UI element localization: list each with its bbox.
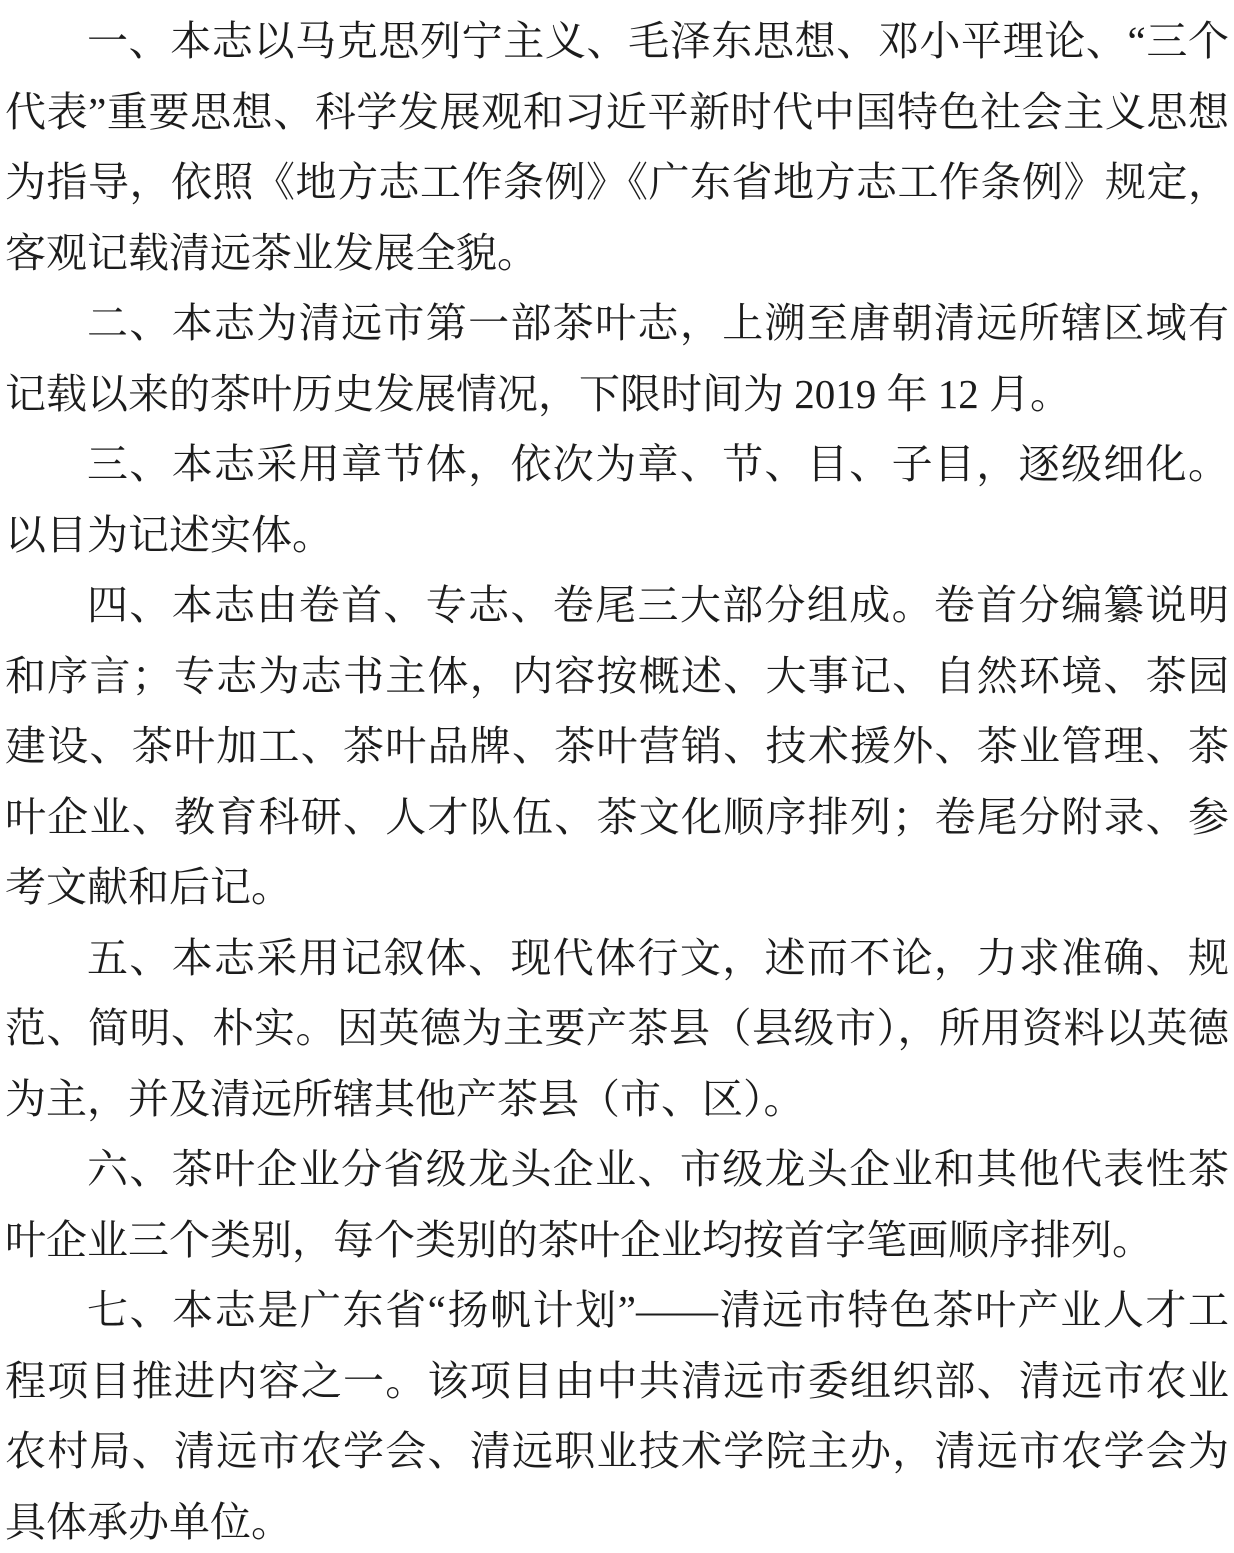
paragraph-6: 六、茶叶企业分省级龙头企业、市级龙头企业和其他代表性茶叶企业三个类别，每个类别的…	[5, 1134, 1229, 1275]
paragraph-2: 二、本志为清远市第一部茶叶志，上溯至唐朝清远所辖区域有记载以来的茶叶历史发展情况…	[5, 288, 1229, 429]
paragraph-1: 一、本志以马克思列宁主义、毛泽东思想、邓小平理论、“三个代表”重要思想、科学发展…	[5, 6, 1229, 288]
document-page: 一、本志以马克思列宁主义、毛泽东思想、邓小平理论、“三个代表”重要思想、科学发展…	[0, 0, 1234, 1553]
paragraph-7: 七、本志是广东省“扬帆计划”——清远市特色茶叶产业人才工程项目推进内容之一。该项…	[5, 1275, 1229, 1553]
paragraph-3: 三、本志采用章节体，依次为章、节、目、子目，逐级细化。以目为记述实体。	[5, 429, 1229, 570]
paragraph-4: 四、本志由卷首、专志、卷尾三大部分组成。卷首分编纂说明和序言；专志为志书主体，内…	[5, 570, 1229, 923]
paragraph-5: 五、本志采用记叙体、现代体行文，述而不论，力求准确、规范、简明、朴实。因英德为主…	[5, 923, 1229, 1135]
